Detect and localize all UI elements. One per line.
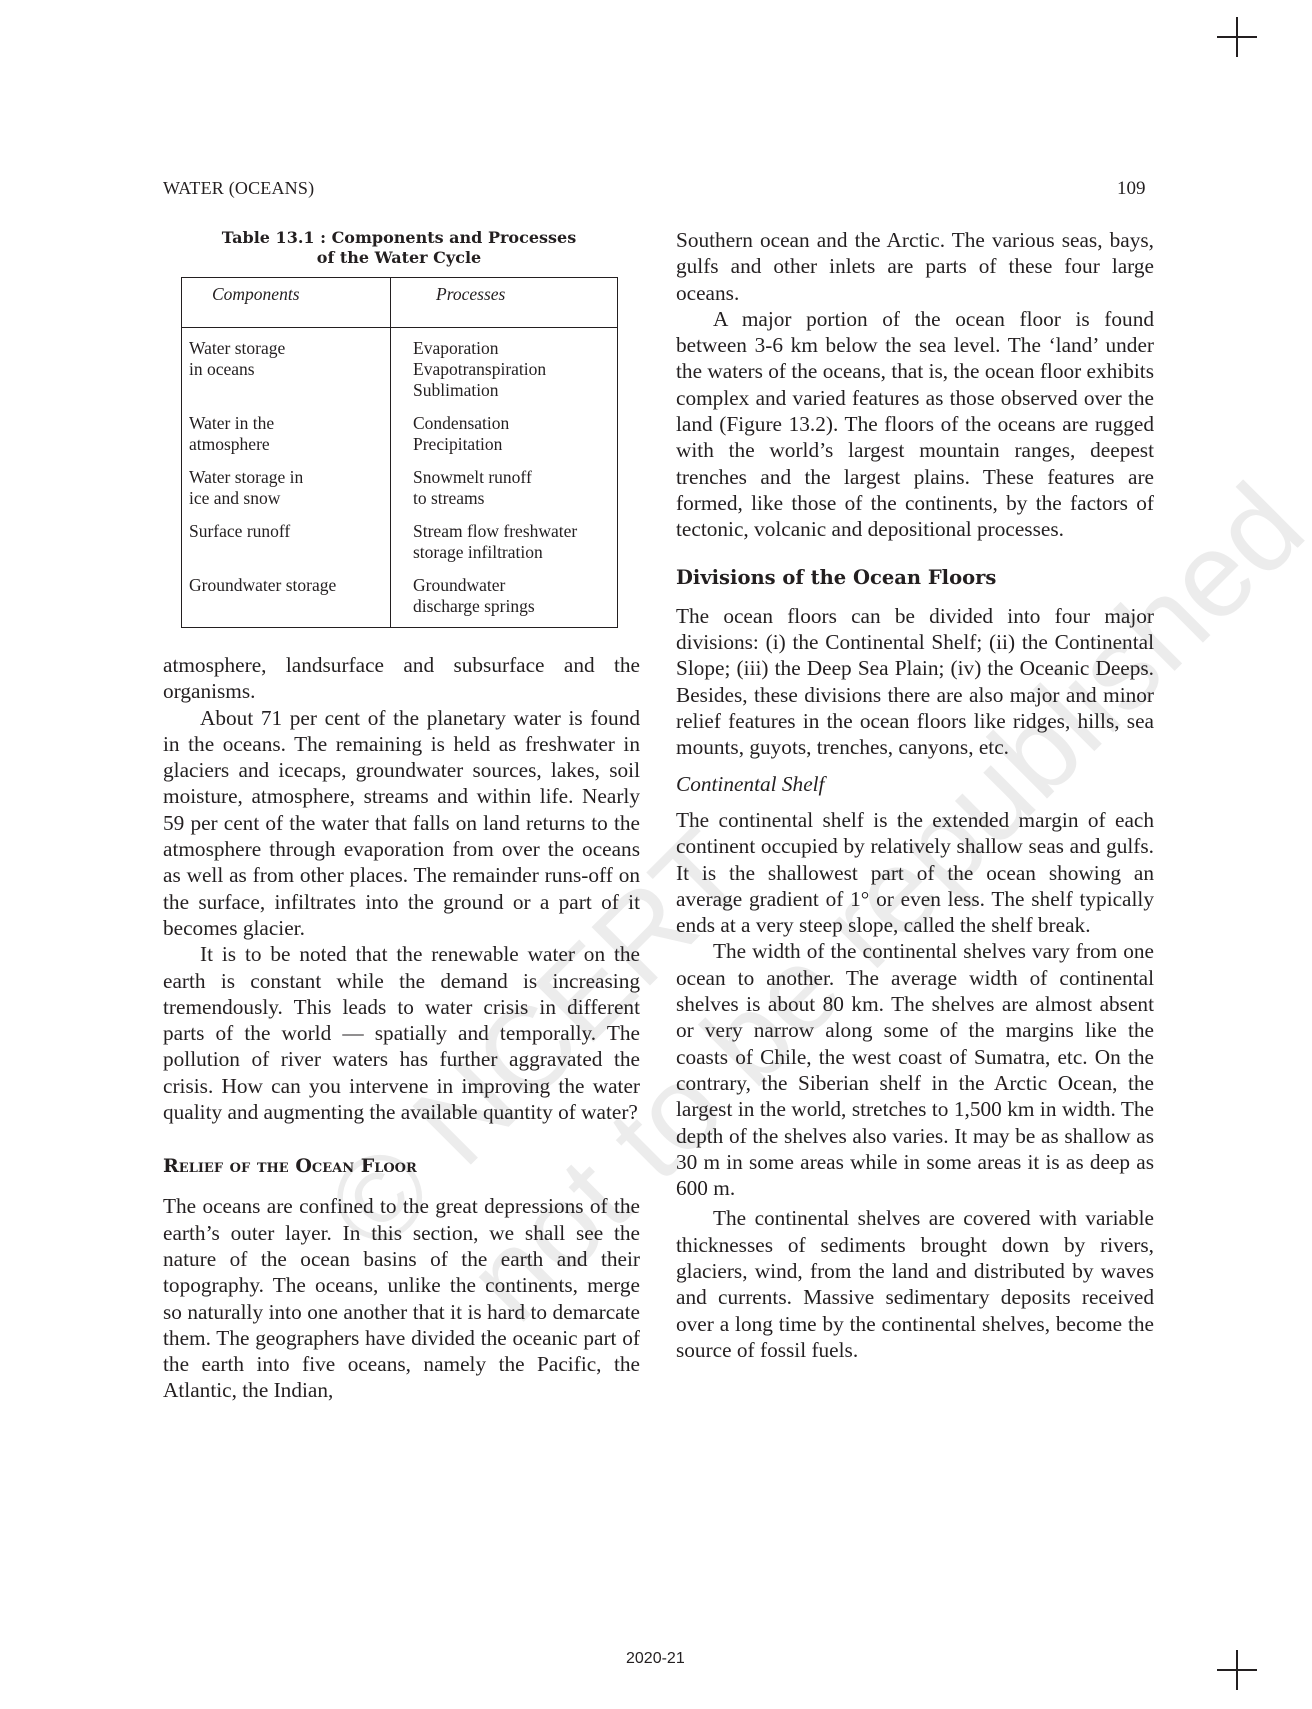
registration-mark-top-right-icon	[1217, 17, 1257, 57]
running-head: WATER (OCEANS)	[163, 178, 314, 199]
cell-line: ice and snow	[189, 488, 386, 509]
paragraph: Southern ocean and the Arctic. The vario…	[676, 227, 1154, 306]
registration-mark-bottom-right-icon	[1217, 1650, 1257, 1690]
left-column: atmosphere, landsurface and subsurface a…	[163, 652, 640, 1404]
cell-line: discharge springs	[413, 596, 613, 617]
cell-line: in oceans	[189, 359, 386, 380]
page-number: 109	[1117, 178, 1146, 200]
process-cell: Snowmelt runoff to streams	[391, 467, 618, 521]
component-cell: Surface runoff	[182, 521, 391, 575]
table-caption-line: Table 13.1 : Components and Processes	[181, 228, 617, 248]
paragraph: About 71 per cent of the planetary water…	[163, 705, 640, 942]
component-cell: Water in the atmosphere	[182, 413, 391, 467]
table-row: Water in the atmosphere Condensation Pre…	[182, 413, 618, 467]
table-row: Groundwater storage Groundwater discharg…	[182, 575, 618, 628]
cell-line: Water storage	[189, 338, 386, 359]
cell-line: to streams	[413, 488, 613, 509]
paragraph: atmosphere, landsurface and subsurface a…	[163, 652, 640, 705]
footer-year: 2020-21	[626, 1650, 685, 1668]
process-cell: Groundwater discharge springs	[391, 575, 618, 628]
right-column: Southern ocean and the Arctic. The vario…	[676, 227, 1154, 1363]
component-cell: Groundwater storage	[182, 575, 391, 628]
process-cell: Stream flow freshwater storage infiltrat…	[391, 521, 618, 575]
cell-line: Evapotranspiration	[413, 359, 613, 380]
paragraph: The continental shelves are covered with…	[676, 1205, 1154, 1363]
table-caption-line: of the Water Cycle	[181, 248, 617, 268]
paragraph: The oceans are confined to the great dep…	[163, 1193, 640, 1403]
process-cell: Evaporation Evapotranspiration Sublimati…	[391, 328, 618, 414]
column-header-processes: Processes	[391, 278, 618, 328]
cell-line: Water in the	[189, 413, 386, 434]
cell-line: Sublimation	[413, 380, 613, 401]
component-cell: Water storage in oceans	[182, 328, 391, 414]
cell-line: atmosphere	[189, 434, 386, 455]
section-heading: Relief of the Ocean Floor	[163, 1153, 640, 1179]
subsection-heading: Divisions of the Ocean Floors	[676, 565, 1154, 591]
cell-line: Stream flow freshwater	[413, 521, 613, 542]
water-cycle-table: Components Processes Water storage in oc…	[181, 277, 618, 628]
cell-line: storage infiltration	[413, 542, 613, 563]
table-row: Surface runoff Stream flow freshwater st…	[182, 521, 618, 575]
table-row: Water storage in oceans Evaporation Evap…	[182, 328, 618, 414]
cell-line: Condensation	[413, 413, 613, 434]
column-header-components: Components	[182, 278, 391, 328]
cell-line: Surface runoff	[189, 521, 386, 542]
paragraph: It is to be noted that the renewable wat…	[163, 941, 640, 1125]
cell-line: Groundwater	[413, 575, 613, 596]
table-caption: Table 13.1 : Components and Processes of…	[181, 228, 617, 268]
paragraph: The continental shelf is the extended ma…	[676, 807, 1154, 938]
cell-line: Snowmelt runoff	[413, 467, 613, 488]
cell-line: Evaporation	[413, 338, 613, 359]
sub-subsection-heading: Continental Shelf	[676, 771, 1154, 797]
process-cell: Condensation Precipitation	[391, 413, 618, 467]
component-cell: Water storage in ice and snow	[182, 467, 391, 521]
cell-line: Water storage in	[189, 467, 386, 488]
table-row: Water storage in ice and snow Snowmelt r…	[182, 467, 618, 521]
paragraph: A major portion of the ocean floor is fo…	[676, 306, 1154, 543]
table-header-row: Components Processes	[182, 278, 618, 328]
cell-line: Groundwater storage	[189, 575, 386, 596]
paragraph: The ocean floors can be divided into fou…	[676, 603, 1154, 761]
paragraph: The width of the continental shelves var…	[676, 938, 1154, 1201]
cell-line: Precipitation	[413, 434, 613, 455]
